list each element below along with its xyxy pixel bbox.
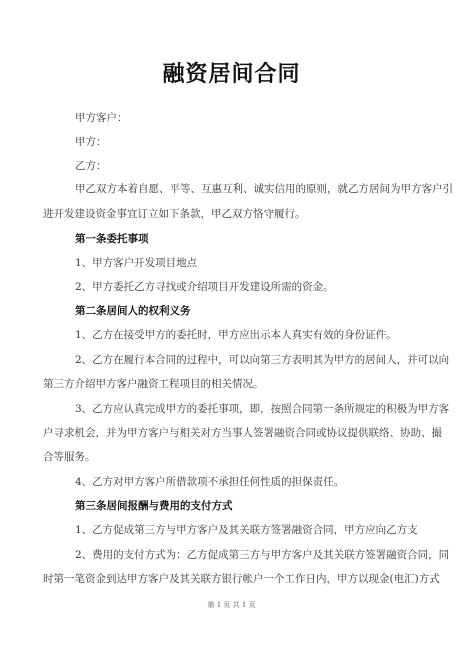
section-2-item-3-cont-2: 合等服务。 xyxy=(43,450,423,464)
section-2-heading: 第二条居间人的权利义务 xyxy=(75,304,423,318)
section-3-heading: 第三条居间报酬与费用的支付方式 xyxy=(75,499,423,513)
section-2-item-3: 3、乙方应认真完成甲方的委托事项，即，按照合同第一条所规定的积极为甲方客 xyxy=(75,402,423,416)
section-1-item-2: 2、甲方委托乙方寻找或介绍项目开发建设所需的资金。 xyxy=(75,280,423,294)
section-2-item-2-cont: 第三方介绍甲方客户融资工程项目的相关情况。 xyxy=(43,377,423,391)
section-2-item-1: 1、乙方在接受甲方的委托时，甲方应出示本人真实有效的身份证件。 xyxy=(75,328,423,342)
intro-line-2: 进开发建设资金事宜订立如下条款，甲乙双方恪守履行。 xyxy=(43,207,423,221)
party-client-label: 甲方客户： xyxy=(75,111,423,125)
party-a-label: 甲方： xyxy=(75,135,423,149)
section-3-item-2-cont: 时第一笔资金到达甲方客户及其关联方银行帐户一个工作日内，甲方以现金(电汇)方式 xyxy=(43,572,423,586)
document-title: 融资居间合同 xyxy=(0,57,463,88)
section-1-heading: 第一条委托事项 xyxy=(75,232,423,246)
section-1-item-1: 1、甲方客户开发项目地点 xyxy=(75,256,423,270)
section-2-item-2: 2、乙方在履行本合同的过程中，可以向第三方表明其为甲方的居间人，并可以向 xyxy=(75,353,423,367)
section-2-item-3-cont: 户寻求机会，并为甲方客户与相关对方当事人签署融资合同或协议提供联络、协助、撮 xyxy=(43,426,423,440)
section-2-item-4: 4、乙方对甲方客户所借款项不承担任何性质的担保责任。 xyxy=(75,475,423,489)
intro-line-1: 甲乙双方本着自愿、平等、互惠互利、诚实信用的原则，就乙方居间为甲方客户引 xyxy=(75,182,423,196)
page-footer: 第 1 页 共 1 页 xyxy=(0,600,463,610)
section-3-item-2: 2、费用的支付方式为：乙方促成第三方与甲方客户及其关联方签署融资合同，同 xyxy=(75,548,423,562)
party-b-label: 乙方： xyxy=(75,159,423,173)
section-3-item-1: 1、乙方促成第三方与甲方客户及其关联方签署融资合同，甲方应向乙方支 xyxy=(75,523,423,537)
